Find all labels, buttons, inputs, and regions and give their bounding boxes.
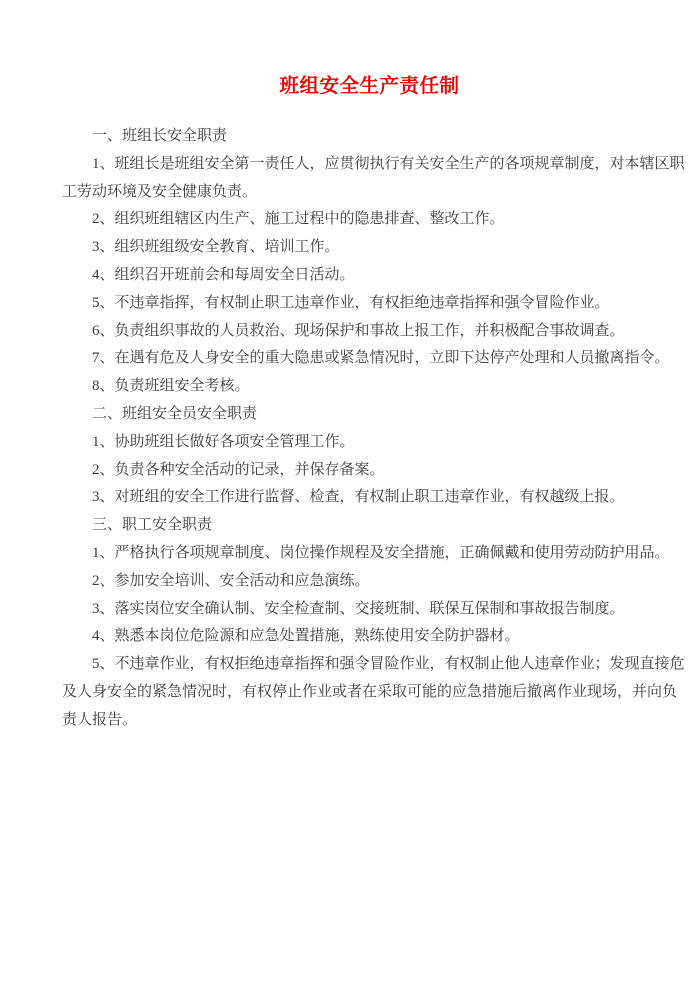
section-1-item-7: 7、在遇有危及人身安全的重大隐患或紧急情况时，立即下达停产处理和人员撤离指令。: [62, 345, 688, 373]
section-1-item-3: 3、组织班组级安全教育、培训工作。: [62, 234, 688, 262]
document-body: 一、班组长安全职责1、班组长是班组安全第一责任人，应贯彻执行有关安全生产的各项规…: [0, 123, 688, 735]
section-3-item-2: 2、参加安全培训、安全活动和应急演练。: [62, 568, 688, 596]
section-3-item-3: 3、落实岗位安全确认制、安全检查制、交接班制、联保互保制和事故报告制度。: [62, 596, 688, 624]
section-1-item-2: 2、组织班组辖区内生产、施工过程中的隐患排查、整改工作。: [62, 206, 688, 234]
document-title: 班组安全生产责任制: [0, 0, 700, 98]
section-1-item-8: 8、负责班组安全考核。: [62, 373, 688, 401]
section-3-item-4: 4、熟悉本岗位危险源和应急处置措施，熟练使用安全防护器材。: [62, 623, 688, 651]
section-1-item-1: 1、班组长是班组安全第一责任人，应贯彻执行有关安全生产的各项规章制度，对本辖区职…: [62, 151, 688, 207]
section-heading-1: 一、班组长安全职责: [62, 123, 688, 151]
section-1-item-4: 4、组织召开班前会和每周安全日活动。: [62, 262, 688, 290]
section-1-item-6: 6、负责组织事故的人员救治、现场保护和事故上报工作，并积极配合事故调查。: [62, 318, 688, 346]
section-heading-3: 三、职工安全职责: [62, 512, 688, 540]
section-heading-2: 二、班组安全员安全职责: [62, 401, 688, 429]
section-2-item-3: 3、对班组的安全工作进行监督、检查，有权制止职工违章作业，有权越级上报。: [62, 484, 688, 512]
section-2-item-2: 2、负责各种安全活动的记录，并保存备案。: [62, 457, 688, 485]
section-3-item-5: 5、不违章作业，有权拒绝违章指挥和强令冒险作业，有权制止他人违章作业；发现直接危…: [62, 651, 688, 734]
section-2-item-1: 1、协助班组长做好各项安全管理工作。: [62, 429, 688, 457]
section-1-item-5: 5、不违章指挥，有权制止职工违章作业，有权拒绝违章指挥和强令冒险作业。: [62, 290, 688, 318]
document-page: 班组安全生产责任制 一、班组长安全职责1、班组长是班组安全第一责任人，应贯彻执行…: [0, 0, 700, 990]
section-3-item-1: 1、严格执行各项规章制度、岗位操作规程及安全措施，正确佩戴和使用劳动防护用品。: [62, 540, 688, 568]
